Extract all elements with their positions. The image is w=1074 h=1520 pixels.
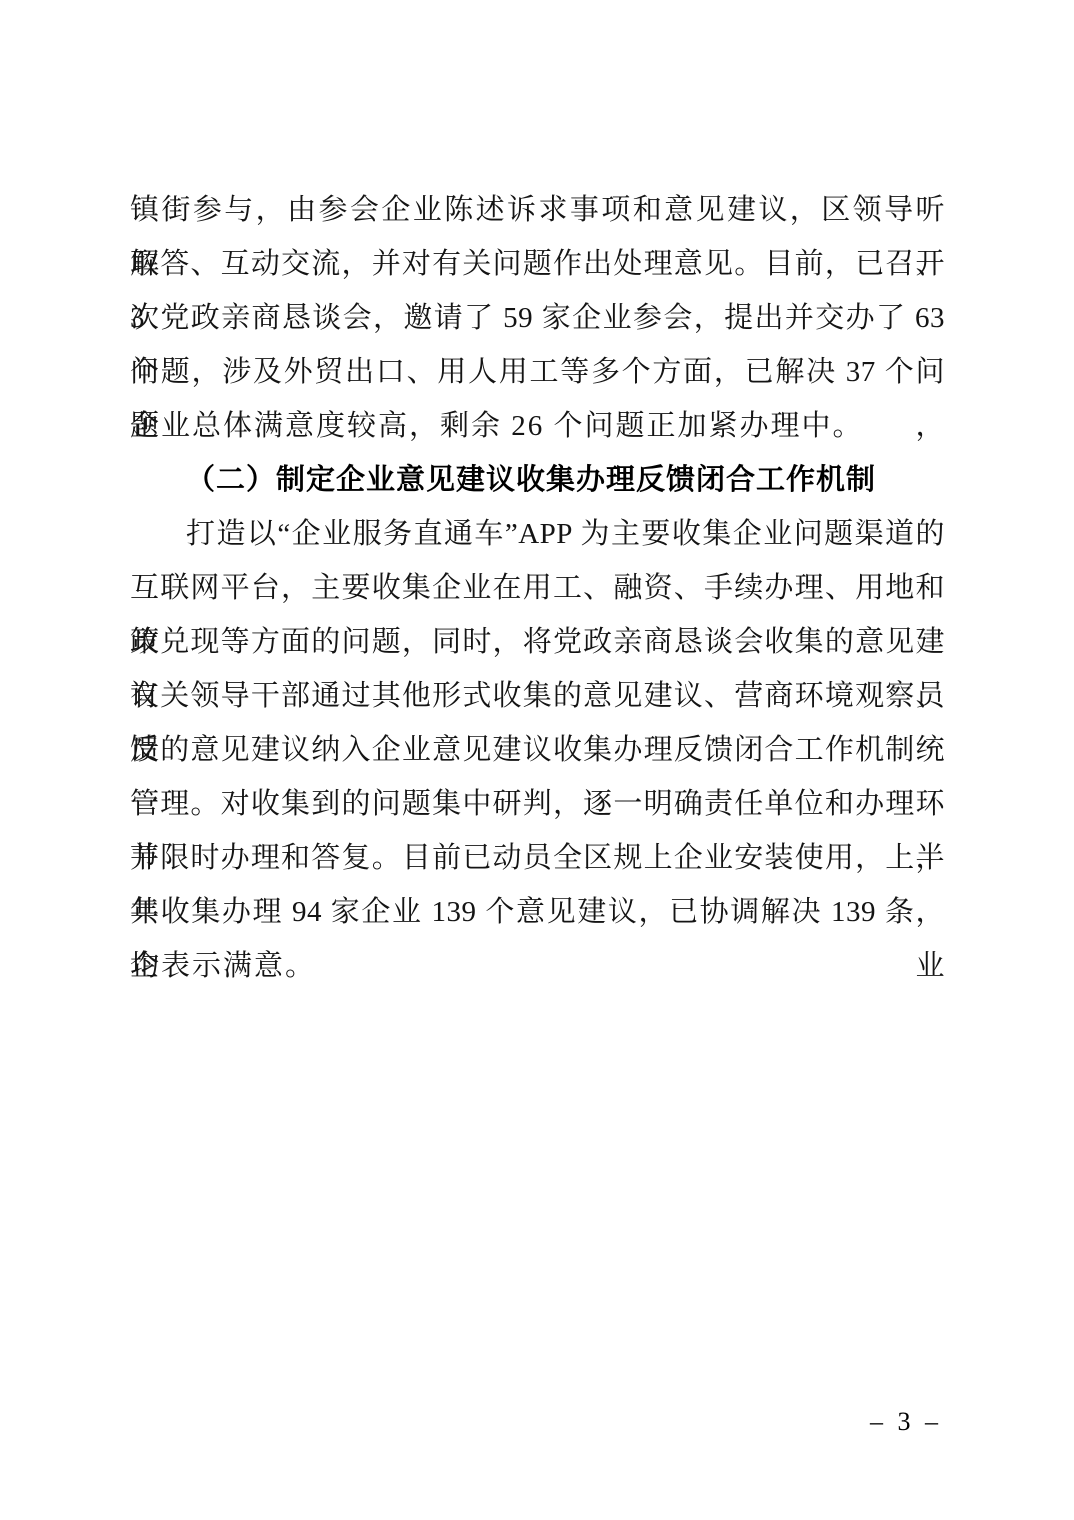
body-line: 共收集办理 94 家企业 139 个意见建议，已协调解决 139 条，企业 [130,885,945,939]
body-line: 策兑现等方面的问题，同时，将党政亲商恳谈会收集的意见建议、 [130,615,945,669]
document-body: 镇街参与，由参会企业陈述诉求事项和意见建议，区领导听取、 解答、互动交流，并对有… [130,183,945,993]
body-line: 馈的意见建议纳入企业意见建议收集办理反馈闭合工作机制统一 [130,723,945,777]
body-line: 企业总体满意度较高，剩余 26 个问题正加紧办理中。 [130,399,945,453]
body-line: 解答、互动交流，并对有关问题作出处理意见。目前，已召开 3 [130,237,945,291]
body-line: 互联网平台，主要收集企业在用工、融资、手续办理、用地和政 [130,561,945,615]
body-line: 次党政亲商恳谈会，邀请了 59 家企业参会，提出并交办了 63 个 [130,291,945,345]
section-heading: （二）制定企业意见建议收集办理反馈闭合工作机制 [130,453,945,507]
document-page: 镇街参与，由参会企业陈述诉求事项和意见建议，区领导听取、 解答、互动交流，并对有… [0,0,1074,1520]
body-line: 问题，涉及外贸出口、用人用工等多个方面，已解决 37 个问题， [130,345,945,399]
body-line: 管理。对收集到的问题集中研判，逐一明确责任单位和办理环节， [130,777,945,831]
body-line: 并限时办理和答复。目前已动员全区规上企业安装使用，上半年 [130,831,945,885]
page-number: – 3 – [870,1406,942,1438]
body-line: 有关领导干部通过其他形式收集的意见建议、营商环境观察员反 [130,669,945,723]
body-line: 打造以“企业服务直通车”APP 为主要收集企业问题渠道的 [130,507,945,561]
body-line: 镇街参与，由参会企业陈述诉求事项和意见建议，区领导听取、 [130,183,945,237]
